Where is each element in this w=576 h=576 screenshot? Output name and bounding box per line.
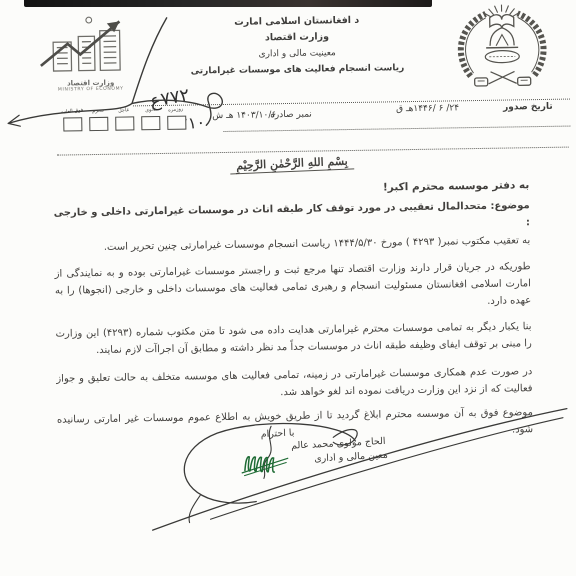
dotted-rule-middle — [223, 126, 570, 132]
solar-date-value: ۱۴۰۳/۱۰/۶ هـ ش — [212, 110, 276, 121]
checkbox-box — [141, 116, 160, 130]
checkbox-box — [115, 116, 134, 130]
economy-growth-icon — [31, 10, 150, 84]
islamic-emirate-emblem-icon — [439, 1, 564, 95]
outgoing-number-label: نمبر صادره — [270, 110, 312, 121]
letterhead-directorate: ریاست انسجام فعالیت های موسسات غیرامارتی — [167, 60, 427, 80]
letterhead: د افغانستان اسلامی امارت وزارت اقتصاد مع… — [167, 12, 428, 80]
checkbox-secondary: ثانوی — [140, 106, 160, 130]
checkbox-label: فوق العاده — [61, 106, 84, 116]
checkbox-label: ثانوی — [144, 106, 156, 115]
checkbox-urgent: عاجل — [114, 106, 134, 130]
checkbox-label: روزمره — [168, 105, 184, 115]
checkbox-routine: روزمره — [166, 106, 186, 130]
checkbox-label: محرم — [92, 106, 105, 115]
checkbox-extraordinary: فوق العاده — [62, 107, 82, 131]
issue-date-label: تاریخ صدور — [503, 102, 553, 113]
letter-body: به دفتر موسسه محترم اکبر! موضوع: متحدالم… — [53, 177, 533, 445]
dotted-rule-bottom — [57, 147, 569, 156]
pen-arrowhead — [8, 115, 20, 126]
issue-date-value: ۲۴/ ۶ /۱۴۴۶هـ ق — [396, 103, 459, 114]
checkbox-box — [63, 117, 82, 131]
signature-block: با احترام الحاج مولوی محمد عالم معین مال… — [243, 420, 435, 468]
ministry-of-economy-logo: وزارت اقتصاد MINISTRY OF ECONOMY — [25, 10, 157, 112]
paragraph-3: در صورت عدم همکاری موسسات غیرامارتی در ز… — [56, 363, 532, 404]
checkbox-label: عاجل — [118, 106, 130, 115]
bismillah-calligraphy: بِسْمِ اللهِ الرَّحْمٰنِ الرَّحِیْمِ — [207, 153, 377, 173]
checkbox-box — [89, 117, 108, 131]
signature-tail — [189, 495, 201, 522]
checkbox-box — [167, 116, 186, 130]
logo-label-en: MINISTRY OF ECONOMY — [26, 86, 156, 93]
scanned-letter-page: د افغانستان اسلامی امارت وزارت اقتصاد مع… — [0, 0, 576, 576]
letter-sheet: د افغانستان اسلامی امارت وزارت اقتصاد مع… — [0, 0, 576, 576]
paragraph-2: بنا یکبار دیگر به تمامی موسسات محترم غیر… — [55, 318, 531, 359]
classification-checkboxes: روزمره ثانوی عاجل محرم فوق العاده — [54, 106, 186, 132]
checkbox-confidential: محرم — [88, 107, 108, 131]
paragraph-1: طوریکه در جریان قرار دارند وزارت اقتصاد … — [55, 258, 532, 316]
